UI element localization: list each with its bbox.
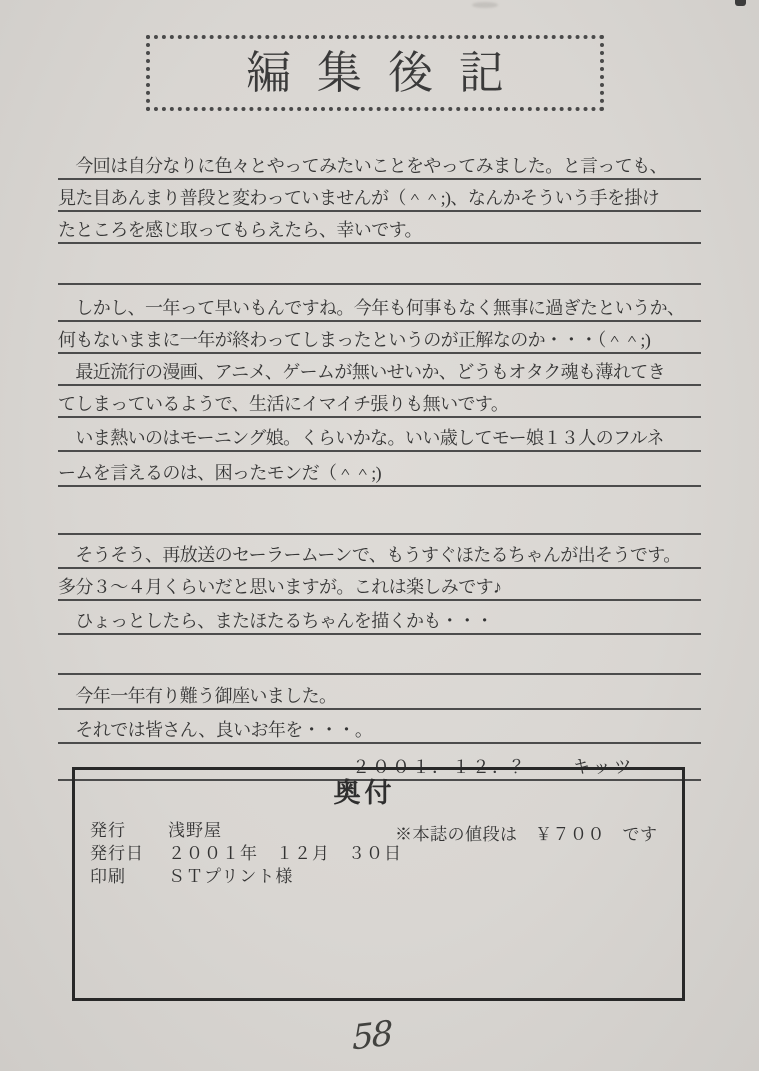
body-line: たところを感じ取ってもらえたら、幸いです。 <box>58 212 701 244</box>
title-box: 編集後記 <box>146 35 604 111</box>
body-line: ひょっとしたら、またほたるちゃんを描くかも・・・ <box>58 603 701 635</box>
ruled-line-empty <box>58 253 701 285</box>
price-note: ※本誌の値段は ￥７００ です <box>395 820 658 845</box>
body-line: ームを言えるのは、困ったモンだ（＾＾;) <box>58 455 701 487</box>
ruled-line-empty <box>58 503 701 535</box>
body-line: そうそう、再放送のセーラームーンで、もうすぐほたるちゃんが出そうです。 <box>58 537 701 569</box>
body-line: 何もないままに一年が終わってしまったというのが正解なのか・・・（＾＾;) <box>58 322 701 354</box>
page-title: 編集後記 <box>220 51 530 96</box>
publish-date-label: 発行日 <box>90 845 168 862</box>
body-line: 最近流行の漫画、アニメ、ゲームが無いせいか、どうもオタク魂も薄れてき <box>58 354 701 386</box>
printer-label: 印刷 <box>90 868 168 885</box>
body-line: 今回は自分なりに色々とやってみたいことをやってみました。と言っても、 <box>58 148 701 180</box>
handwritten-page-number: 58 <box>352 1014 392 1059</box>
body-line: それでは皆さん、良いお年を・・・。 <box>58 712 701 744</box>
scan-smudge <box>472 2 498 8</box>
body-line: 見た目あんまり普段と変わっていませんが（＾＾;)、なんかそういう手を掛け <box>58 180 701 212</box>
publish-date-value: ２００１年 １２月 ３０日 <box>168 845 402 862</box>
body-line: しかし、一年って早いもんですね。今年も何事もなく無事に過ぎたというか、 <box>58 290 701 322</box>
ruled-line-empty <box>58 643 701 675</box>
body-line: てしまっているようで、生活にイマイチ張りも無いです。 <box>58 386 701 418</box>
colophon-row-printer: 印刷 ＳＴプリント様 <box>75 862 682 885</box>
scanned-page: 編集後記 今回は自分なりに色々とやってみたいことをやってみました。と言っても、 … <box>0 0 759 1071</box>
body-line: 今年一年有り難う御座いました。 <box>58 678 701 710</box>
body-line: 多分３～４月くらいだと思いますが。これは楽しみです♪ <box>58 569 701 601</box>
publisher-label: 発行 <box>90 822 168 839</box>
colophon-box: 奥付 発行 浅野屋 発行日 ２００１年 １２月 ３０日 印刷 ＳＴプリント様 ※… <box>72 767 685 1001</box>
body-text-block: 今回は自分なりに色々とやってみたいことをやってみました。と言っても、 見た目あん… <box>58 148 701 781</box>
colophon-rows: 発行 浅野屋 発行日 ２００１年 １２月 ３０日 印刷 ＳＴプリント様 ※本誌の… <box>75 816 682 885</box>
publisher-value: 浅野屋 <box>168 822 222 839</box>
body-line: いま熱いのはモーニング娘。くらいかな。いい歳してモー娘１３人のフルネ <box>58 420 701 452</box>
scan-corner-artifact <box>735 0 746 6</box>
printer-value: ＳＴプリント様 <box>168 868 293 885</box>
colophon-title: 奥付 <box>61 780 668 807</box>
